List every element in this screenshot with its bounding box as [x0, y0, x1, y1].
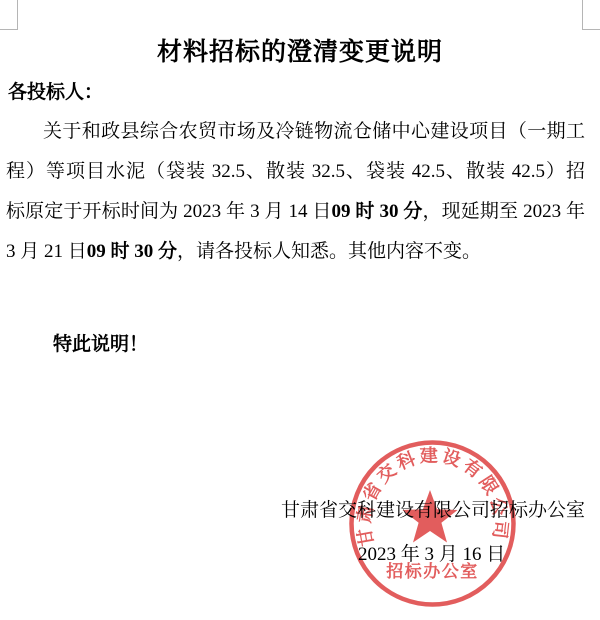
page-margin-mark-top-left-vertical	[17, 0, 18, 30]
issuer-signature: 甘肃省交科建设有限公司招标办公室	[281, 495, 585, 522]
new-open-time: 09 时 30 分	[87, 241, 177, 262]
page-margin-mark-top-left-horizontal	[0, 29, 18, 30]
document-page: 材料招标的澄清变更说明 各投标人： 关于和政县综合农贸市场及冷链物流仓储中心建设…	[0, 0, 600, 620]
page-margin-mark-top-right-horizontal	[582, 29, 600, 30]
closing-statement: 特此说明！	[53, 329, 148, 356]
document-title: 材料招标的澄清变更说明	[0, 32, 600, 68]
original-open-time: 09 时 30 分	[332, 201, 423, 222]
body-line-3-text: 标原定于开标时间为 2023 年 3 月 14 日	[6, 201, 332, 222]
seal-ring	[352, 443, 514, 605]
page-margin-mark-top-right-vertical	[582, 0, 583, 30]
body-line-4-text-cont: ，请各投标人知悉。其他内容不变。	[177, 241, 481, 262]
body-line-1: 关于和政县综合农贸市场及冷链物流仓储中心建设项目（一期工	[6, 112, 585, 152]
body-line-4-text: 3 月 21 日	[6, 241, 87, 262]
body-line-3: 标原定于开标时间为 2023 年 3 月 14 日09 时 30 分，现延期至 …	[6, 192, 585, 232]
official-red-seal: 甘肃省交科建设有限公司 招标办公室	[340, 431, 525, 616]
body-line-3-text-cont: ，现延期至 2023 年	[422, 201, 584, 222]
document-date: 2023 年 3 月 16 日	[358, 539, 505, 566]
body-paragraph: 关于和政县综合农贸市场及冷链物流仓储中心建设项目（一期工 程）等项目水泥（袋装 …	[6, 112, 585, 272]
salutation: 各投标人：	[8, 77, 103, 104]
body-line-4: 3 月 21 日09 时 30 分，请各投标人知悉。其他内容不变。	[6, 232, 585, 272]
body-line-2: 程）等项目水泥（袋装 32.5、散装 32.5、袋装 42.5、散装 42.5）…	[6, 152, 585, 192]
